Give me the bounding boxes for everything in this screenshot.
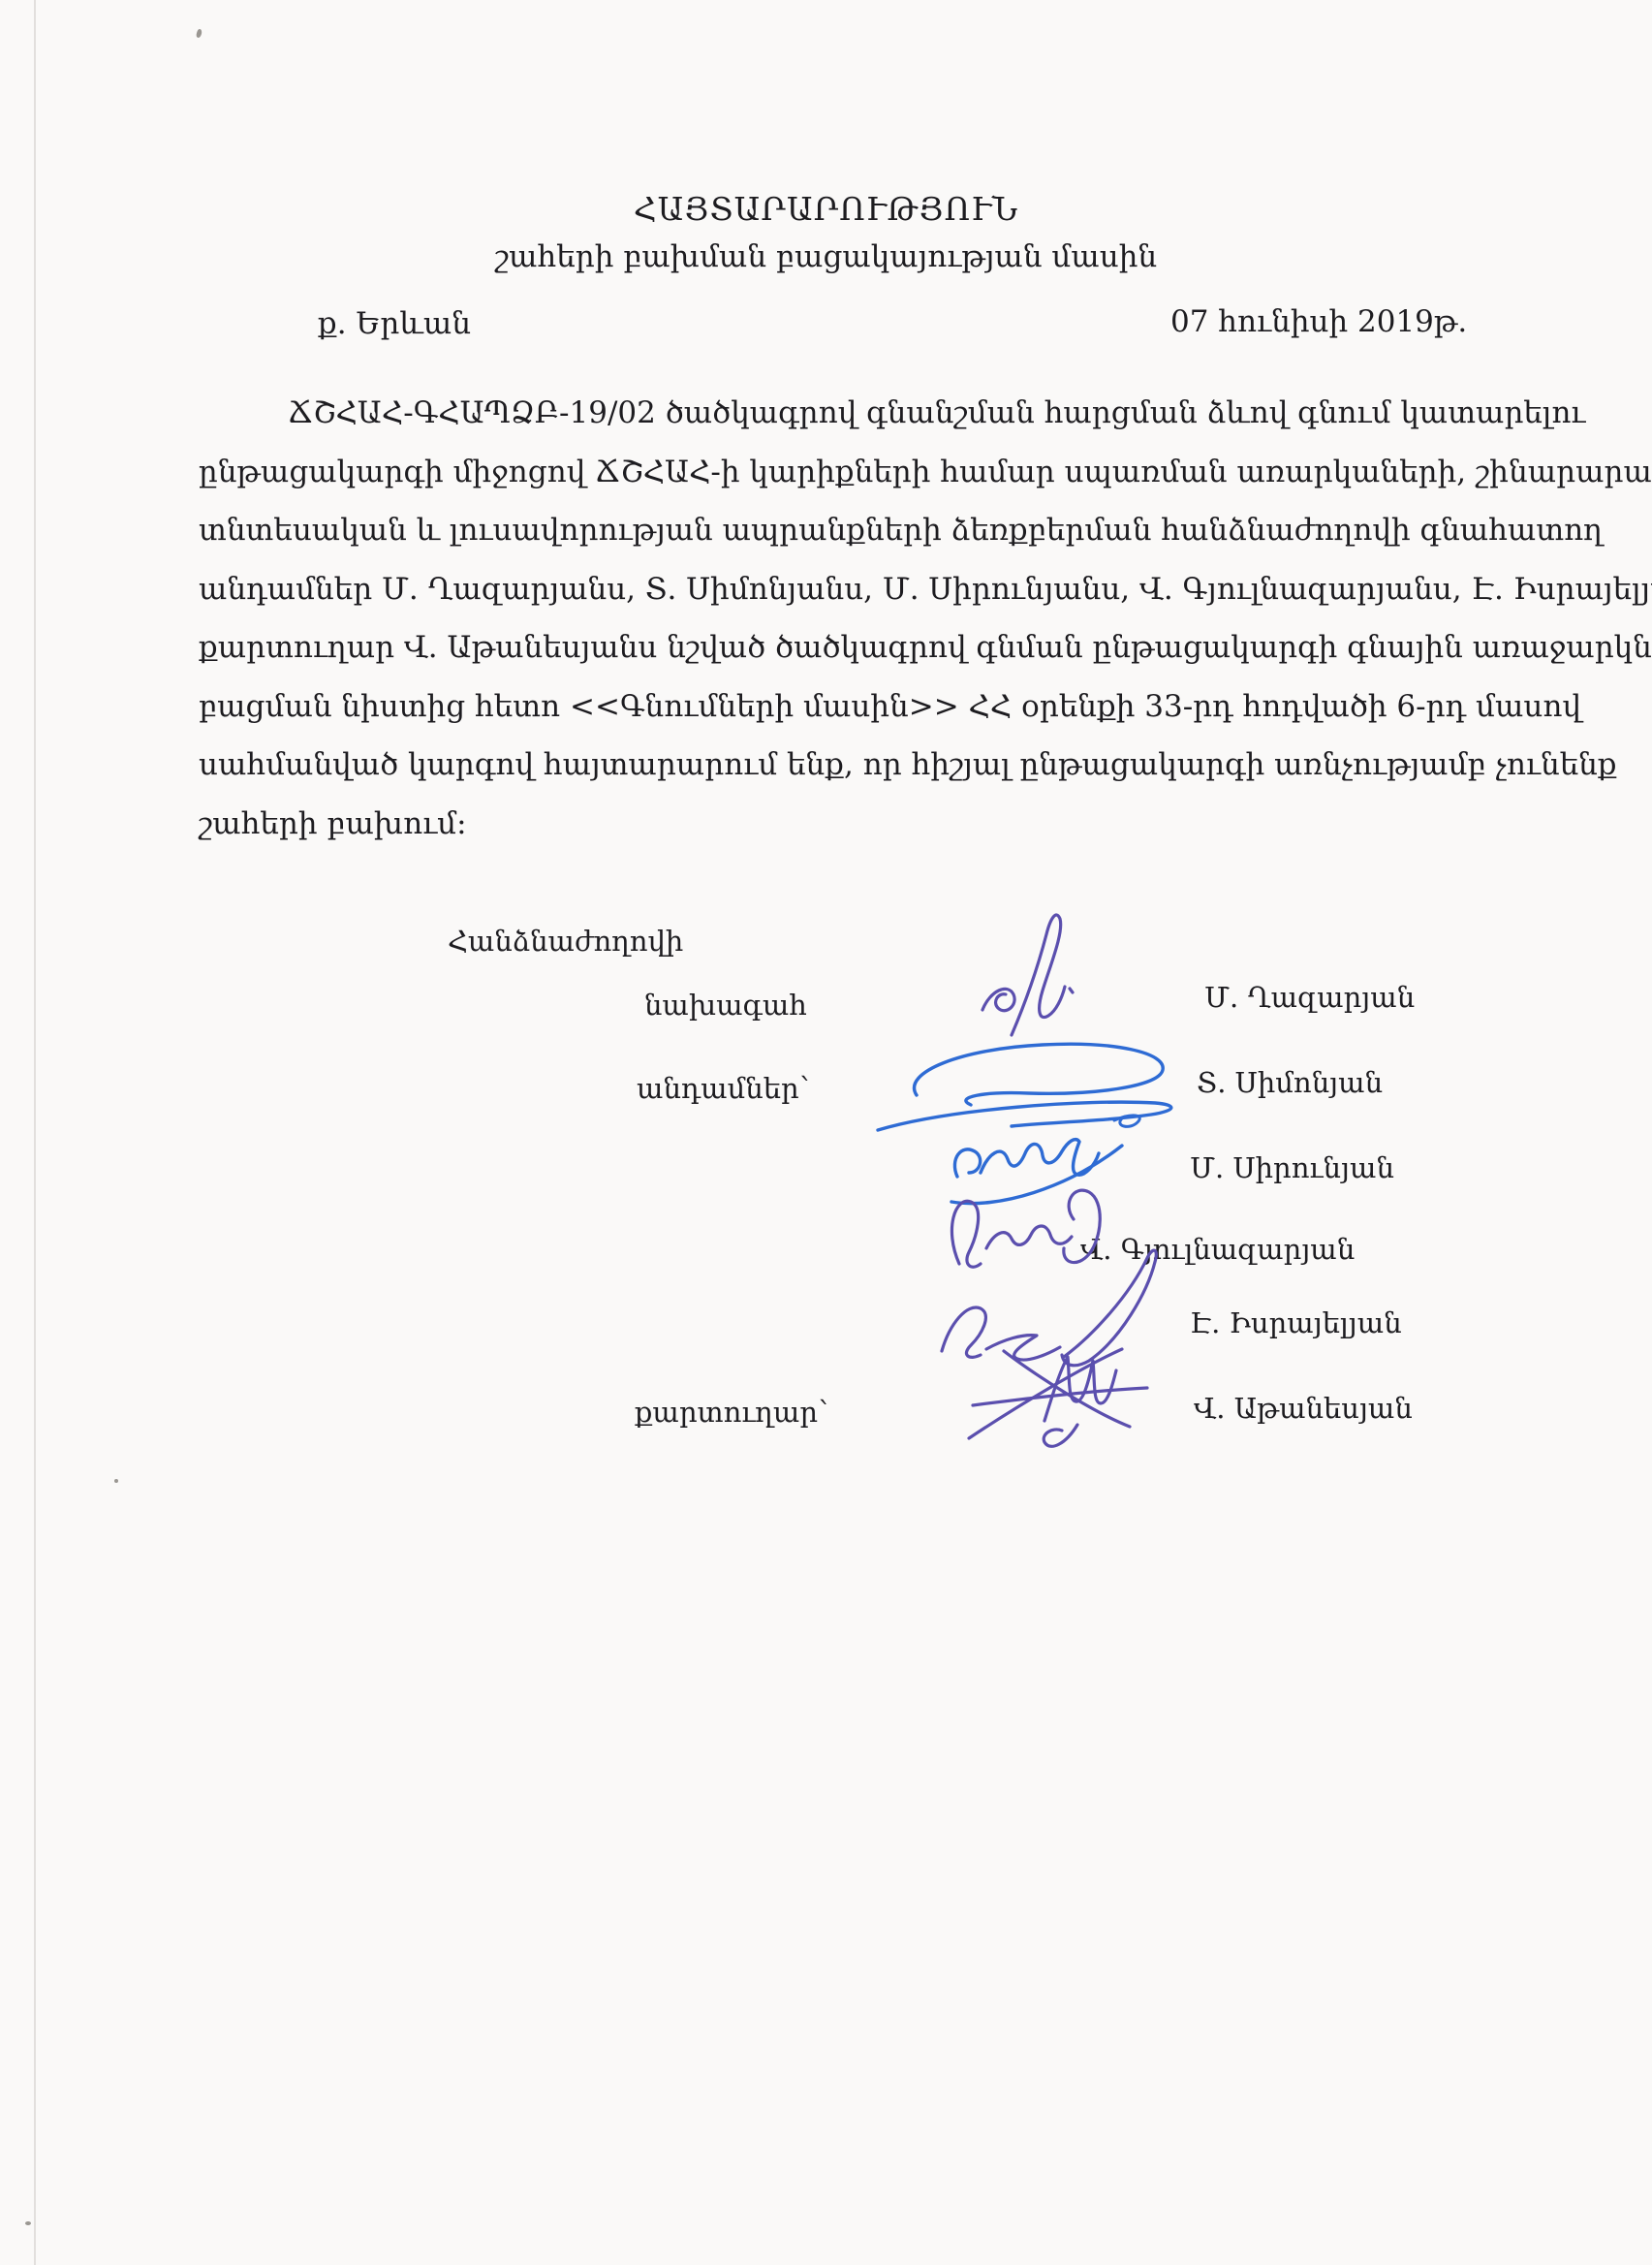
handwritten-signatures-layer (0, 0, 1652, 2265)
signer-name: Վ. Գյուլնազարյան (1080, 1233, 1355, 1266)
signature-ghazaryan (982, 915, 1073, 1035)
body-line: քարտուղար Վ. Աթանեսյանս նշված ծածկագրով … (199, 618, 1541, 677)
signature-atanesyan (969, 1349, 1147, 1446)
place-label: ք. Երևան (318, 306, 471, 341)
scan-artifact-line (34, 0, 36, 2265)
body-line: բացման նիստից հետո <<Գնումների մասին>> Հ… (199, 677, 1541, 737)
scan-speck (196, 28, 203, 38)
role-label-chairman: նախագահ (644, 989, 807, 1022)
signer-name: Տ. Սիմոնյան (1197, 1066, 1383, 1099)
signer-name: Մ. Սիրունյան (1190, 1151, 1394, 1184)
scan-speck (114, 1479, 118, 1483)
signature-block-heading: Հանձնաժողովի (448, 925, 683, 958)
signature-israyelyan (942, 1250, 1156, 1366)
scan-speck (25, 2221, 31, 2225)
role-label-secretary: քարտուղար՝ (635, 1396, 828, 1429)
body-paragraph: ՃՇՀԱՀ-ԳՀԱՊՁԲ-19/02 ծածկագրով գնանշման հա… (199, 384, 1541, 853)
body-line: շահերի բախում: (199, 795, 1541, 854)
body-line: սահմանված կարգով հայտարարում ենք, որ հիշ… (199, 736, 1541, 795)
signer-name: Է. Իսրայելյան (1190, 1306, 1402, 1339)
signature-sirunyan (951, 1140, 1122, 1204)
body-line: ընթացակարգի միջոցով ՃՇՀԱՀ-ի կարիքների հա… (199, 443, 1541, 502)
document-subtitle: շահերի բախման բացակայության մասին (0, 239, 1652, 274)
signer-name: Վ. Աթանեսյան (1194, 1392, 1413, 1425)
body-line: տնտեսական և լուսավորության ապրանքների ձե… (199, 501, 1541, 560)
document-title: ՀԱՅՏԱՐԱՐՈՒԹՅՈՒՆ (0, 190, 1652, 228)
scanned-document-page: ՀԱՅՏԱՐԱՐՈՒԹՅՈՒՆ շահերի բախման բացակայութ… (0, 0, 1652, 2265)
signature-simonyan (878, 1044, 1171, 1130)
signature-gyulnazaryan (951, 1190, 1100, 1267)
signer-name: Մ. Ղազարյան (1204, 981, 1415, 1014)
body-line: անդամներ Մ. Ղազարյանս, Տ. Սիմոնյանս, Մ. … (199, 560, 1541, 619)
date-label: 07 հունիսի 2019թ. (1170, 304, 1467, 339)
role-label-members: անդամներ՝ (637, 1072, 809, 1105)
body-line: ՃՇՀԱՀ-ԳՀԱՊՁԲ-19/02 ծածկագրով գնանշման հա… (199, 384, 1541, 443)
